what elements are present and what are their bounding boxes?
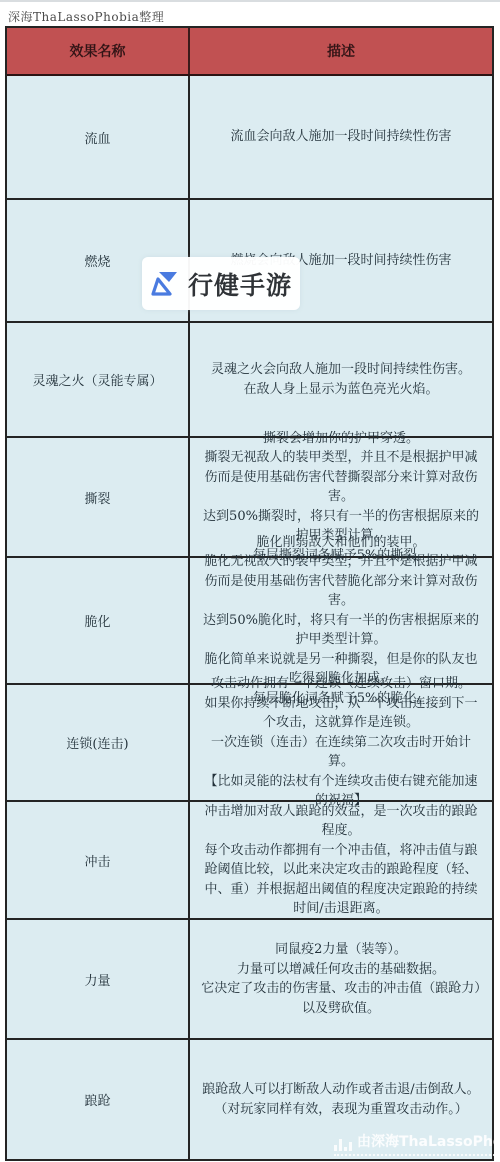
effect-desc-line: 撕裂无视敌人的装甲类型，并且不是根据护甲减伤而是使用基础伤害代替撕裂部分来计算对… — [200, 448, 482, 507]
table-row: 连锁(连击) 攻击动作拥有一个连锁（连续攻击）窗口期。如果你持续不断地攻击，从一… — [7, 683, 492, 800]
effect-desc-line: 如果你持续不断地攻击，从一个攻击连接到下一个攻击，这就算作是连锁。 — [200, 694, 482, 733]
header-description: 描述 — [190, 28, 492, 74]
effect-desc-cell: 流血会向敌人施加一段时间持续性伤害 — [190, 76, 492, 198]
effect-desc-line: 达到50%脆化时，将只有一半的伤害根据原来的护甲类型计算。 — [200, 611, 482, 650]
effect-desc-cell: 攻击动作拥有一个连锁（连续攻击）窗口期。如果你持续不断地攻击，从一个攻击连接到下… — [190, 685, 492, 800]
effect-desc-line: 冲击增加对敌人踉跄的效益，是一次攻击的踉跄程度。 — [200, 802, 482, 841]
effect-name-cell: 冲击 — [7, 802, 190, 918]
table-row: 流血 流血会向敌人施加一段时间持续性伤害 — [7, 76, 492, 198]
effect-desc-line: 同鼠疫2力量（装等）。 — [275, 940, 407, 960]
effect-name-cell: 踉跄 — [7, 1040, 190, 1159]
effect-desc-line: 灵魂之火会向敌人施加一段时间持续性伤害。 — [211, 360, 471, 380]
table-row: 灵魂之火（灵能专属） 灵魂之火会向敌人施加一段时间持续性伤害。在敌人身上显示为蓝… — [7, 321, 492, 436]
effect-name-cell: 脆化 — [7, 558, 190, 683]
effect-desc-line: 撕裂会增加你的护甲穿透。 — [263, 429, 419, 449]
effect-desc-line: 一次连锁（连击）在连续第二次攻击时开始计算。 — [200, 733, 482, 772]
effect-name-cell: 撕裂 — [7, 438, 190, 556]
effects-table: 效果名称 描述 流血 流血会向敌人施加一段时间持续性伤害 燃烧 燃烧会向敌人施加… — [5, 26, 494, 1161]
table-header-row: 效果名称 描述 — [7, 28, 492, 76]
effect-desc-cell: 脆化削弱敌人和他们的装甲。脆化无视敌人的装甲类型，并且不是根据护甲减伤而是使用基… — [190, 558, 492, 683]
header-effect-name: 效果名称 — [7, 28, 190, 74]
table-body: 流血 流血会向敌人施加一段时间持续性伤害 燃烧 燃烧会向敌人施加一段时间持续性伤… — [7, 76, 492, 1159]
effect-name-cell: 连锁(连击) — [7, 685, 190, 800]
table-row: 力量 同鼠疫2力量（装等）。力量可以增减任何攻击的基础数据。它决定了攻击的伤害量… — [7, 918, 492, 1038]
effect-desc-cell: 灵魂之火会向敌人施加一段时间持续性伤害。在敌人身上显示为蓝色亮光火焰。 — [190, 323, 492, 436]
effect-desc-line: 攻击动作拥有一个连锁（连续攻击）窗口期。 — [211, 674, 471, 694]
effect-desc-line: 它决定了攻击的伤害量、攻击的冲击值（踉跄力）以及劈砍值。 — [200, 979, 482, 1018]
page-title: 深海ThaLassoPhobia整理 — [0, 2, 500, 25]
article-page: 深海ThaLassoPhobia整理 效果名称 描述 流血 流血会向敌人施加一段… — [0, 0, 500, 1162]
center-watermark: 行健手游 — [142, 257, 300, 310]
effect-desc-line: 流血会向敌人施加一段时间持续性伤害 — [230, 127, 451, 147]
effect-desc-line: 力量可以增减任何攻击的基础数据。 — [237, 960, 445, 980]
table-row: 冲击 冲击增加对敌人踉跄的效益，是一次攻击的踉跄程度。每个攻击动作都拥有一个冲击… — [7, 800, 492, 918]
bottom-watermark-text: 由深海ThaLassoPhob — [357, 1131, 500, 1151]
effect-name-cell: 力量 — [7, 920, 190, 1038]
table-row: 脆化 脆化削弱敌人和他们的装甲。脆化无视敌人的装甲类型，并且不是根据护甲减伤而是… — [7, 556, 492, 683]
effect-desc-line: 每个攻击动作都拥有一个冲击值，将冲击值与踉跄阈值比较，以此来决定攻击的踉跄程度（… — [200, 841, 482, 919]
effect-desc-cell: 冲击增加对敌人踉跄的效益，是一次攻击的踉跄程度。每个攻击动作都拥有一个冲击值，将… — [190, 802, 492, 918]
bottom-watermark: 由深海ThaLassoPhob — [334, 1131, 500, 1156]
effect-desc-line: 踉跄敌人可以打断敌人动作或者击退/击倒敌人。 — [202, 1080, 479, 1100]
effect-desc-line: （对玩家同样有效，表现为重置攻击动作。） — [214, 1100, 468, 1120]
effect-desc-cell: 同鼠疫2力量（装等）。力量可以增减任何攻击的基础数据。它决定了攻击的伤害量、攻击… — [190, 920, 492, 1038]
effect-desc-line: 脆化削弱敌人和他们的装甲。 — [256, 533, 425, 553]
bars-icon — [334, 1139, 352, 1151]
effect-desc-line: 脆化无视敌人的装甲类型，并且不是根据护甲减伤而是使用基础伤害代替脆化部分来计算对… — [200, 552, 482, 611]
effect-name-cell: 灵魂之火（灵能专属） — [7, 323, 190, 436]
center-watermark-text: 行健手游 — [188, 266, 292, 302]
xingjian-logo-icon — [150, 269, 180, 299]
effect-name-cell: 流血 — [7, 76, 190, 198]
effect-desc-line: 在敌人身上显示为蓝色亮光火焰。 — [243, 380, 438, 400]
